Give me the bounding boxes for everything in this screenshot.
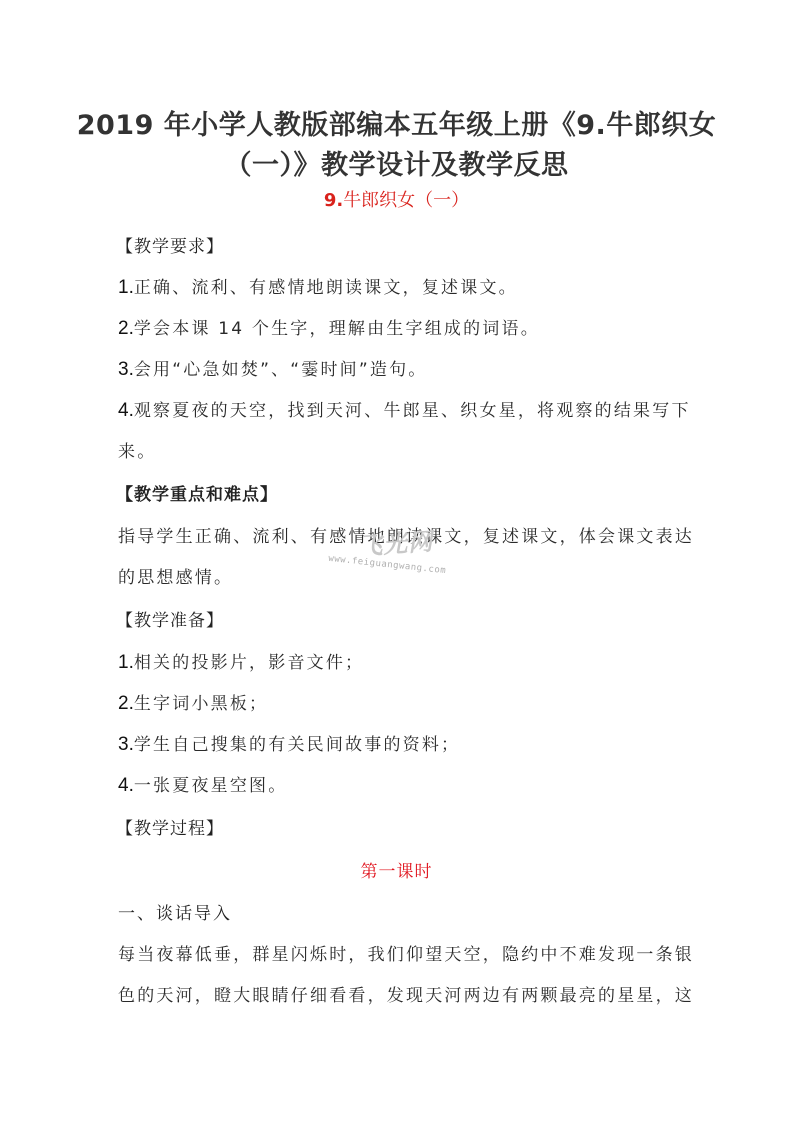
item-text: 学会本课 14 个生字，理解由生字组成的词语。 xyxy=(134,319,540,339)
lesson-period-label: 第一课时 xyxy=(0,857,793,882)
preparation-item: 2.生字词小黑板； xyxy=(118,689,268,715)
lesson-name: 牛郎织女（一） xyxy=(343,190,469,211)
item-number: 2. xyxy=(118,318,134,339)
introduction-text-line-2: 色的天河，瞪大眼睛仔细看看，发现天河两边有两颗最亮的星星，这 xyxy=(118,981,694,1006)
preparation-item: 3.学生自己搜集的有关民间故事的资料； xyxy=(118,730,460,756)
requirement-item-continuation: 来。 xyxy=(118,437,156,462)
requirement-item: 1.正确、流利、有感情地朗读课文，复述课文。 xyxy=(118,273,518,299)
item-number: 3. xyxy=(118,734,134,755)
item-number: 3. xyxy=(118,359,134,380)
key-points-text-line-1: 指导学生正确、流利、有感情地朗读课文，复述课文，体会课文表达 xyxy=(118,522,694,547)
item-text: 会用“心急如焚”、“霎时间”造句。 xyxy=(134,360,428,380)
item-number: 4. xyxy=(118,400,134,421)
document-title-line-2: （一）》教学设计及教学反思 xyxy=(0,143,793,182)
lesson-subtitle: 9.牛郎织女（一） xyxy=(0,186,793,212)
lesson-number: 9. xyxy=(324,190,343,211)
preparation-item: 4.一张夏夜星空图。 xyxy=(118,771,287,797)
item-number: 1. xyxy=(118,277,134,298)
item-text: 相关的投影片，影音文件； xyxy=(134,653,364,673)
item-text: 一张夏夜星空图。 xyxy=(134,776,288,796)
item-text: 观察夏夜的天空，找到天河、牛郎星、织女星，将观察的结果写下 xyxy=(134,401,691,421)
item-text: 正确、流利、有感情地朗读课文，复述课文。 xyxy=(134,278,518,298)
document-page: 2019 年小学人教版部编本五年级上册《9.牛郎织女 （一）》教学设计及教学反思… xyxy=(0,0,793,1122)
item-number: 2. xyxy=(118,693,134,714)
requirement-item: 4.观察夏夜的天空，找到天河、牛郎星、织女星，将观察的结果写下 xyxy=(118,396,691,422)
key-points-text-line-2: 的思想感情。 xyxy=(118,563,233,588)
part-heading-introduction: 一、谈话导入 xyxy=(118,899,232,924)
watermark-url: www.feiguangwang.com xyxy=(328,554,447,576)
section-heading-preparation: 【教学准备】 xyxy=(116,606,224,631)
item-number: 4. xyxy=(118,775,134,796)
preparation-item: 1.相关的投影片，影音文件； xyxy=(118,648,364,674)
section-heading-key-points: 【教学重点和难点】 xyxy=(116,480,278,505)
document-title-line-1: 2019 年小学人教版部编本五年级上册《9.牛郎织女 xyxy=(0,103,793,142)
item-text: 生字词小黑板； xyxy=(134,694,268,714)
requirement-item: 3.会用“心急如焚”、“霎时间”造句。 xyxy=(118,355,428,381)
item-text: 学生自己搜集的有关民间故事的资料； xyxy=(134,735,460,755)
section-heading-requirements: 【教学要求】 xyxy=(116,232,224,257)
requirement-item: 2.学会本课 14 个生字，理解由生字组成的词语。 xyxy=(118,314,540,340)
section-heading-process: 【教学过程】 xyxy=(116,814,224,839)
introduction-text-line-1: 每当夜幕低垂，群星闪烁时，我们仰望天空，隐约中不难发现一条银 xyxy=(118,940,694,965)
item-number: 1. xyxy=(118,652,134,673)
